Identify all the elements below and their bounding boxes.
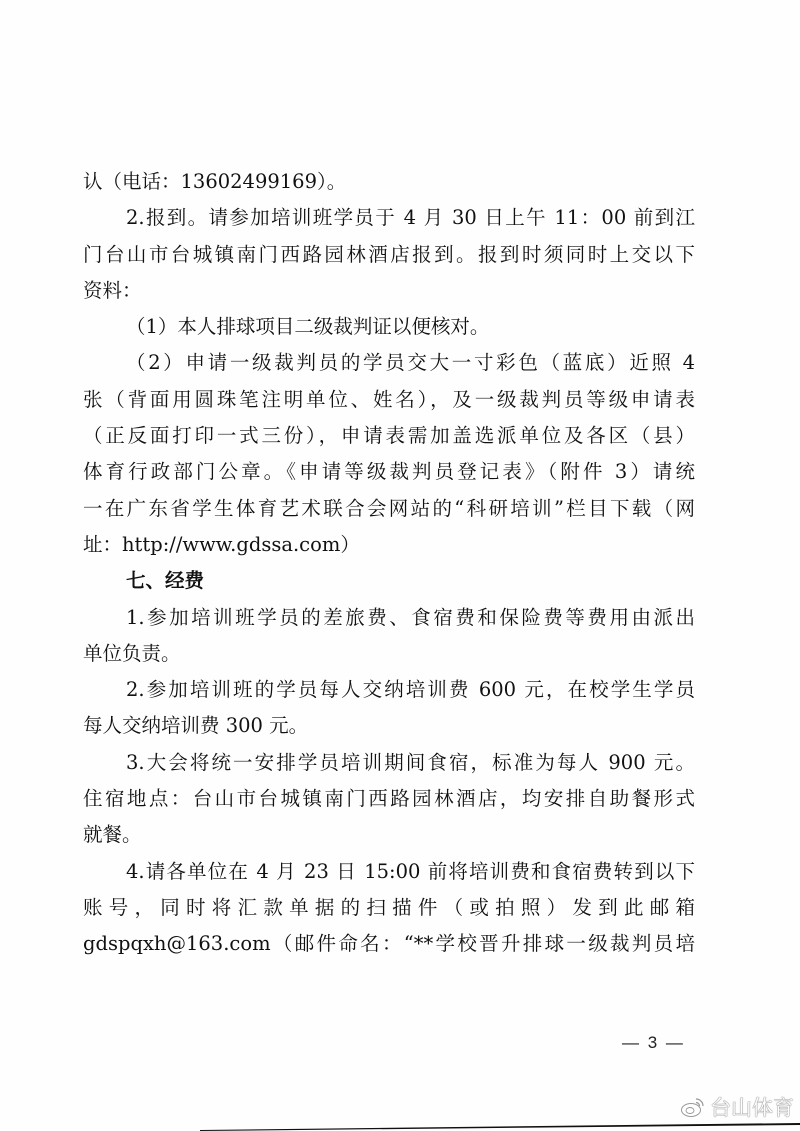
text-line: gdspqxh@163.com（邮件命名：“**学校晋升排球一级裁判员培 bbox=[83, 926, 695, 962]
text-line: 就餐。 bbox=[83, 817, 695, 853]
text-line: 账号，同时将汇款单据的扫描件（或拍照）发到此邮箱 bbox=[83, 890, 695, 926]
text-line: 2.参加培训班的学员每人交纳培训费 600 元，在校学生学员 bbox=[83, 672, 695, 708]
text-line: 4.请各单位在 4 月 23 日 15:00 前将培训费和食宿费转到以下 bbox=[83, 854, 695, 890]
text-line: （2）申请一级裁判员的学员交大一寸彩色（蓝底）近照 4 bbox=[83, 345, 695, 381]
document-body: 认（电话：13602499169）。 2.报到。请参加培训班学员于 4 月 30… bbox=[83, 164, 695, 963]
text-line: 单位负责。 bbox=[83, 636, 695, 672]
text-line: 张（背面用圆珠笔注明单位、姓名），及一级裁判员等级申请表 bbox=[83, 382, 695, 418]
text-line: 3.大会将统一安排学员培训期间食宿，标准为每人 900 元。 bbox=[83, 745, 695, 781]
text-line: 每人交纳培训费 300 元。 bbox=[83, 708, 695, 744]
text-line: 址：http://www.gdssa.com） bbox=[83, 527, 695, 563]
scan-edge-line bbox=[0, 1118, 800, 1131]
section-heading: 七、经费 bbox=[83, 563, 695, 599]
text-line: 2.报到。请参加培训班学员于 4 月 30 日上午 11：00 前到江 bbox=[83, 200, 695, 236]
page-number: — 3 — bbox=[622, 1033, 685, 1053]
text-line: 体育行政部门公章。《申请等级裁判员登记表》（附件 3）请统 bbox=[83, 454, 695, 490]
text-line: （1）本人排球项目二级裁判证以便核对。 bbox=[83, 309, 695, 345]
document-page: 认（电话：13602499169）。 2.报到。请参加培训班学员于 4 月 30… bbox=[0, 0, 800, 1131]
text-line: 一在广东省学生体育艺术联合会网站的“科研培训”栏目下载（网 bbox=[83, 491, 695, 527]
text-line: （正反面打印一式三份），申请表需加盖选派单位及各区（县） bbox=[83, 418, 695, 454]
text-line: 资料： bbox=[83, 273, 695, 309]
text-line: 认（电话：13602499169）。 bbox=[83, 164, 695, 200]
weibo-icon bbox=[680, 1096, 706, 1118]
text-line: 门台山市台城镇南门西路园林酒店报到。报到时须同时上交以下 bbox=[83, 237, 695, 273]
text-line: 1.参加培训班学员的差旅费、食宿费和保险费等费用由派出 bbox=[83, 600, 695, 636]
text-line: 住宿地点：台山市台城镇南门西路园林酒店，均安排自助餐形式 bbox=[83, 781, 695, 817]
